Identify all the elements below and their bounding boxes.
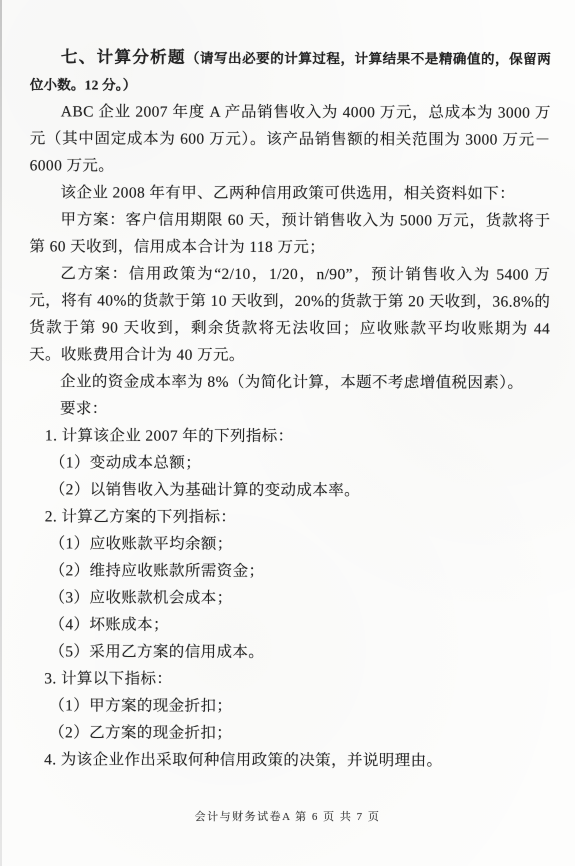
requirement-line: （2）以销售收入为基础计算的变动成本率。 xyxy=(29,476,550,504)
requirement-line: （2）乙方案的现金折扣； xyxy=(28,719,549,747)
requirement-line: （1）应收账款平均余额； xyxy=(29,530,550,558)
paragraph-policy-intro: 该企业 2008 年有甲、乙两种信用政策可供选用，相关资料如下： xyxy=(30,179,551,207)
requirement-line: （2）维持应收账款所需资金； xyxy=(29,557,550,585)
requirement-line: （5）采用乙方案的信用成本。 xyxy=(28,638,549,666)
requirement-line: 4. 为该企业作出采取何种信用政策的决策，并说明理由。 xyxy=(28,746,549,774)
requirement-line: （3）应收账款机会成本； xyxy=(28,584,549,612)
paragraph-company-background: ABC 企业 2007 年度 A 产品销售收入为 4000 万元，总成本为 30… xyxy=(30,98,551,180)
requirement-line: 3. 计算以下指标： xyxy=(28,665,549,693)
requirement-line: 1. 计算该企业 2007 年的下列指标： xyxy=(29,422,550,450)
section-title: 七、计算分析题 xyxy=(61,47,186,66)
paragraph-plan-jia: 甲方案：客户信用期限 60 天，预计销售收入为 5000 万元，货款将于第 60… xyxy=(29,206,550,261)
scan-edge-line xyxy=(0,0,2,866)
section-heading: 七、计算分析题（请写出必要的计算过程，计算结果不是精确值的，保留两位小数。12 … xyxy=(30,43,551,99)
paragraph-requirements-label: 要求： xyxy=(29,395,550,423)
scanned-exam-page: 七、计算分析题（请写出必要的计算过程，计算结果不是精确值的，保留两位小数。12 … xyxy=(0,0,575,866)
requirement-line: （1）变动成本总额； xyxy=(29,449,550,477)
requirement-line: （4）坏账成本； xyxy=(28,611,549,639)
paragraph-capital-cost: 企业的资金成本率为 8%（为简化计算，本题不考虑增值税因素）。 xyxy=(29,368,550,396)
paragraph-plan-yi: 乙方案：信用政策为“2/10，1/20，n/90”，预计销售收入为 5400 万… xyxy=(29,260,550,369)
page-footer: 会计与财务试卷A 第 6 页 共 7 页 xyxy=(0,808,575,824)
requirement-line: 2. 计算乙方案的下列指标： xyxy=(29,503,550,531)
exam-question-body: 七、计算分析题（请写出必要的计算过程，计算结果不是精确值的，保留两位小数。12 … xyxy=(28,43,551,774)
requirement-line: （1）甲方案的现金折扣； xyxy=(28,692,549,720)
